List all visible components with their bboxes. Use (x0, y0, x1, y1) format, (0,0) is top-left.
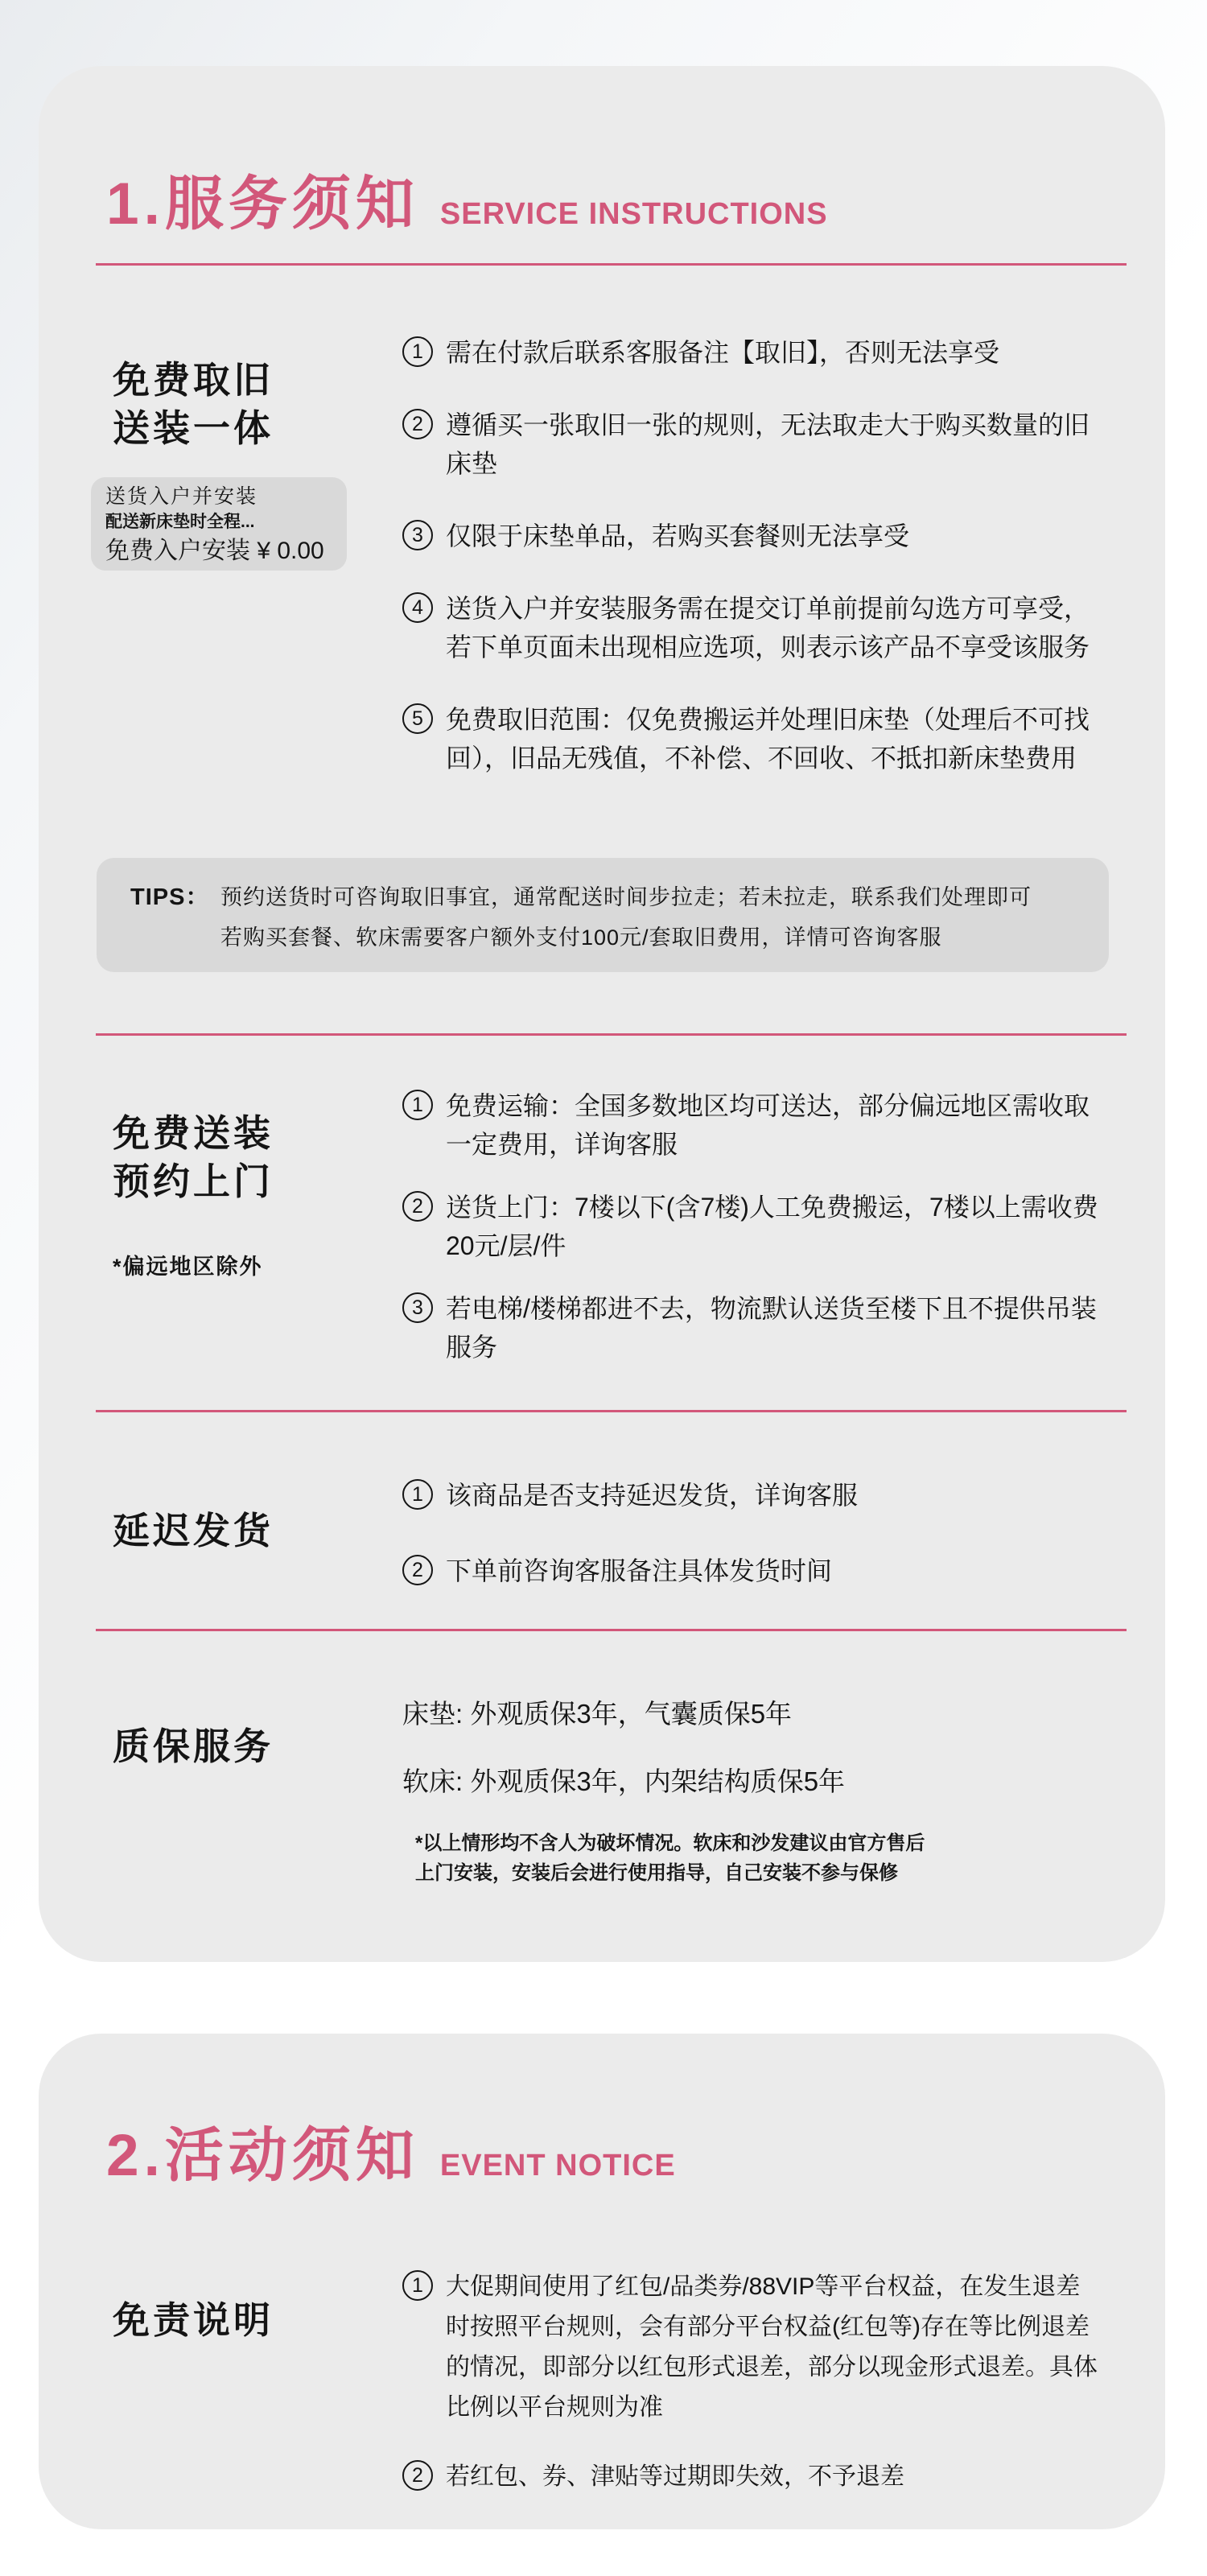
event-title-en: EVENT NOTICE (440, 2149, 676, 2183)
list-item-text: 仅限于床垫单品，若购买套餐则无法享受 (446, 517, 909, 555)
warranty-note-line2: 上门安装，安装后会进行使用指导，自己安装不参与保修 (415, 1858, 1127, 1888)
list-item: 2 下单前咨询客服备注具体发货时间 (402, 1552, 1114, 1590)
circled-number: 2 (402, 2460, 433, 2491)
list-item-text: 若红包、券、津贴等过期即失效，不予退差 (446, 2457, 904, 2497)
list-item: 1 大促期间使用了红包/品类券/88VIP等平台权益，在发生退差时按照平台规则，… (402, 2267, 1114, 2428)
list-item-text: 大促期间使用了红包/品类券/88VIP等平台权益，在发生退差时按照平台规则，会有… (446, 2267, 1099, 2428)
remote-area-note: *偏远地区除外 (113, 1243, 274, 1291)
disclaimer-items: 1 大促期间使用了红包/品类券/88VIP等平台权益，在发生退差时按照平台规则，… (402, 2267, 1114, 2526)
list-item: 1 免费运输：全国多数地区均可送达，部分偏远地区需收取一定费用，详询客服 (402, 1086, 1114, 1164)
list-item: 1 需在付款后联系客服备注【取旧】，否则无法享受 (402, 333, 1114, 372)
divider (96, 1033, 1127, 1036)
list-item: 1 该商品是否支持延迟发货，详询客服 (402, 1476, 1114, 1515)
list-item-text: 免费取旧范围：仅免费搬运并处理旧床垫（处理后不可找回），旧品无残值，不补偿、不回… (446, 700, 1099, 777)
circled-number: 5 (402, 703, 433, 734)
free-delivery-heading-line2: 预约上门 (113, 1157, 274, 1206)
list-item: 3 若电梯/楼梯都进不去，物流默认送货至楼下且不提供吊装服务 (402, 1289, 1114, 1366)
free-delivery-items: 1 免费运输：全国多数地区均可送达，部分偏远地区需收取一定费用，详询客服 2 送… (402, 1086, 1114, 1391)
tips-text: 预约送货时可咨询取旧事宜，通常配送时间步拉走；若未拉走，联系我们处理即可 若购买… (220, 877, 1032, 958)
divider (96, 1410, 1127, 1412)
list-item: 5 免费取旧范围：仅免费搬运并处理旧床垫（处理后不可找回），旧品无残值，不补偿、… (402, 700, 1114, 777)
tips-line2: 若购买套餐、软床需要客户额外支付100元/套取旧费用，详情可咨询客服 (220, 917, 1032, 958)
circled-number: 1 (402, 2270, 433, 2301)
circled-number: 1 (402, 1479, 433, 1510)
delayed-shipping-heading: 延迟发货 (113, 1506, 274, 1555)
circled-number: 2 (402, 1555, 433, 1585)
list-item: 2 送货上门：7楼以下(含7楼)人工免费搬运，7楼以上需收费20元/层/件 (402, 1188, 1114, 1265)
free-pickup-heading-line1: 免费取旧 (113, 356, 274, 404)
divider (96, 263, 1127, 266)
list-item: 2 遵循买一张取旧一张的规则，无法取走大于购买数量的旧床垫 (402, 406, 1114, 483)
divider (96, 1629, 1127, 1631)
event-card-title: 2.活动须知 EVENT NOTICE (106, 2108, 676, 2192)
info-box-price: 免费入户安装 ¥ 0.00 (105, 534, 332, 568)
list-item: 3 仅限于床垫单品，若购买套餐则无法享受 (402, 517, 1114, 555)
circled-number: 2 (402, 1191, 433, 1222)
info-box-line2: 配送新床垫时全程... (105, 510, 332, 534)
warranty-line-softbed: 软床: 外观质保3年，内架结构质保5年 (402, 1766, 1127, 1798)
list-item-text: 送货入户并安装服务需在提交订单前提前勾选方可享受，若下单页面未出现相应选项，则表… (446, 589, 1099, 666)
list-item-text: 需在付款后联系客服备注【取旧】，否则无法享受 (446, 333, 999, 372)
free-pickup-items: 1 需在付款后联系客服备注【取旧】，否则无法享受 2 遵循买一张取旧一张的规则，… (402, 333, 1114, 811)
list-item-text: 免费运输：全国多数地区均可送达，部分偏远地区需收取一定费用，详询客服 (446, 1086, 1099, 1164)
warranty-line-mattress: 床垫: 外观质保3年，气囊质保5年 (402, 1698, 1127, 1730)
warranty-note: *以上情形均不含人为破坏情况。软床和沙发建议由官方售后 上门安装，安装后会进行使… (415, 1828, 1127, 1888)
tips-box: TIPS： 预约送货时可咨询取旧事宜，通常配送时间步拉走；若未拉走，联系我们处理… (97, 858, 1109, 972)
free-delivery-heading: 免费送装 预约上门 *偏远地区除外 (113, 1109, 274, 1291)
warranty-note-line1: *以上情形均不含人为破坏情况。软床和沙发建议由官方售后 (415, 1828, 1127, 1858)
circled-number: 4 (402, 592, 433, 623)
free-pickup-heading: 免费取旧 送装一体 (113, 356, 274, 452)
list-item: 2 若红包、券、津贴等过期即失效，不予退差 (402, 2457, 1114, 2497)
list-item-text: 遵循买一张取旧一张的规则，无法取走大于购买数量的旧床垫 (446, 406, 1099, 483)
event-notice-card: 2.活动须知 EVENT NOTICE 免责说明 1 大促期间使用了红包/品类券… (39, 2034, 1165, 2529)
info-box-line1: 送货入户并安装 (105, 484, 332, 510)
list-item-text: 若电梯/楼梯都进不去，物流默认送货至楼下且不提供吊装服务 (446, 1289, 1099, 1366)
service-instructions-card: 1.服务须知 SERVICE INSTRUCTIONS 免费取旧 送装一体 送货… (39, 66, 1165, 1962)
circled-number: 2 (402, 409, 433, 439)
delivery-install-info-box: 送货入户并安装 配送新床垫时全程... 免费入户安装 ¥ 0.00 (91, 477, 347, 571)
list-item-text: 送货上门：7楼以下(含7楼)人工免费搬运，7楼以上需收费20元/层/件 (446, 1188, 1099, 1265)
free-delivery-heading-line1: 免费送装 (113, 1109, 274, 1157)
warranty-details: 床垫: 外观质保3年，气囊质保5年 软床: 外观质保3年，内架结构质保5年 *以… (402, 1698, 1127, 1888)
free-pickup-heading-line2: 送装一体 (113, 404, 274, 452)
circled-number: 3 (402, 520, 433, 550)
circled-number: 1 (402, 1090, 433, 1120)
disclaimer-heading: 免责说明 (113, 2296, 274, 2344)
delayed-shipping-items: 1 该商品是否支持延迟发货，详询客服 2 下单前咨询客服备注具体发货时间 (402, 1476, 1114, 1627)
circled-number: 3 (402, 1292, 433, 1323)
page: { "theme": { "accent": "#d2577a", "card_… (0, 0, 1207, 2576)
service-title-en: SERVICE INSTRUCTIONS (440, 197, 828, 232)
event-title-zh: 2.活动须知 (106, 2108, 419, 2192)
list-item-text: 下单前咨询客服备注具体发货时间 (446, 1552, 832, 1590)
list-item-text: 该商品是否支持延迟发货，详询客服 (446, 1476, 858, 1515)
service-title-zh: 1.服务须知 (106, 156, 419, 241)
warranty-heading: 质保服务 (113, 1722, 274, 1770)
tips-line1: 预约送货时可咨询取旧事宜，通常配送时间步拉走；若未拉走，联系我们处理即可 (220, 877, 1032, 917)
circled-number: 1 (402, 336, 433, 367)
service-card-title: 1.服务须知 SERVICE INSTRUCTIONS (106, 156, 828, 241)
list-item: 4 送货入户并安装服务需在提交订单前提前勾选方可享受，若下单页面未出现相应选项，… (402, 589, 1114, 666)
tips-label: TIPS： (130, 877, 220, 917)
